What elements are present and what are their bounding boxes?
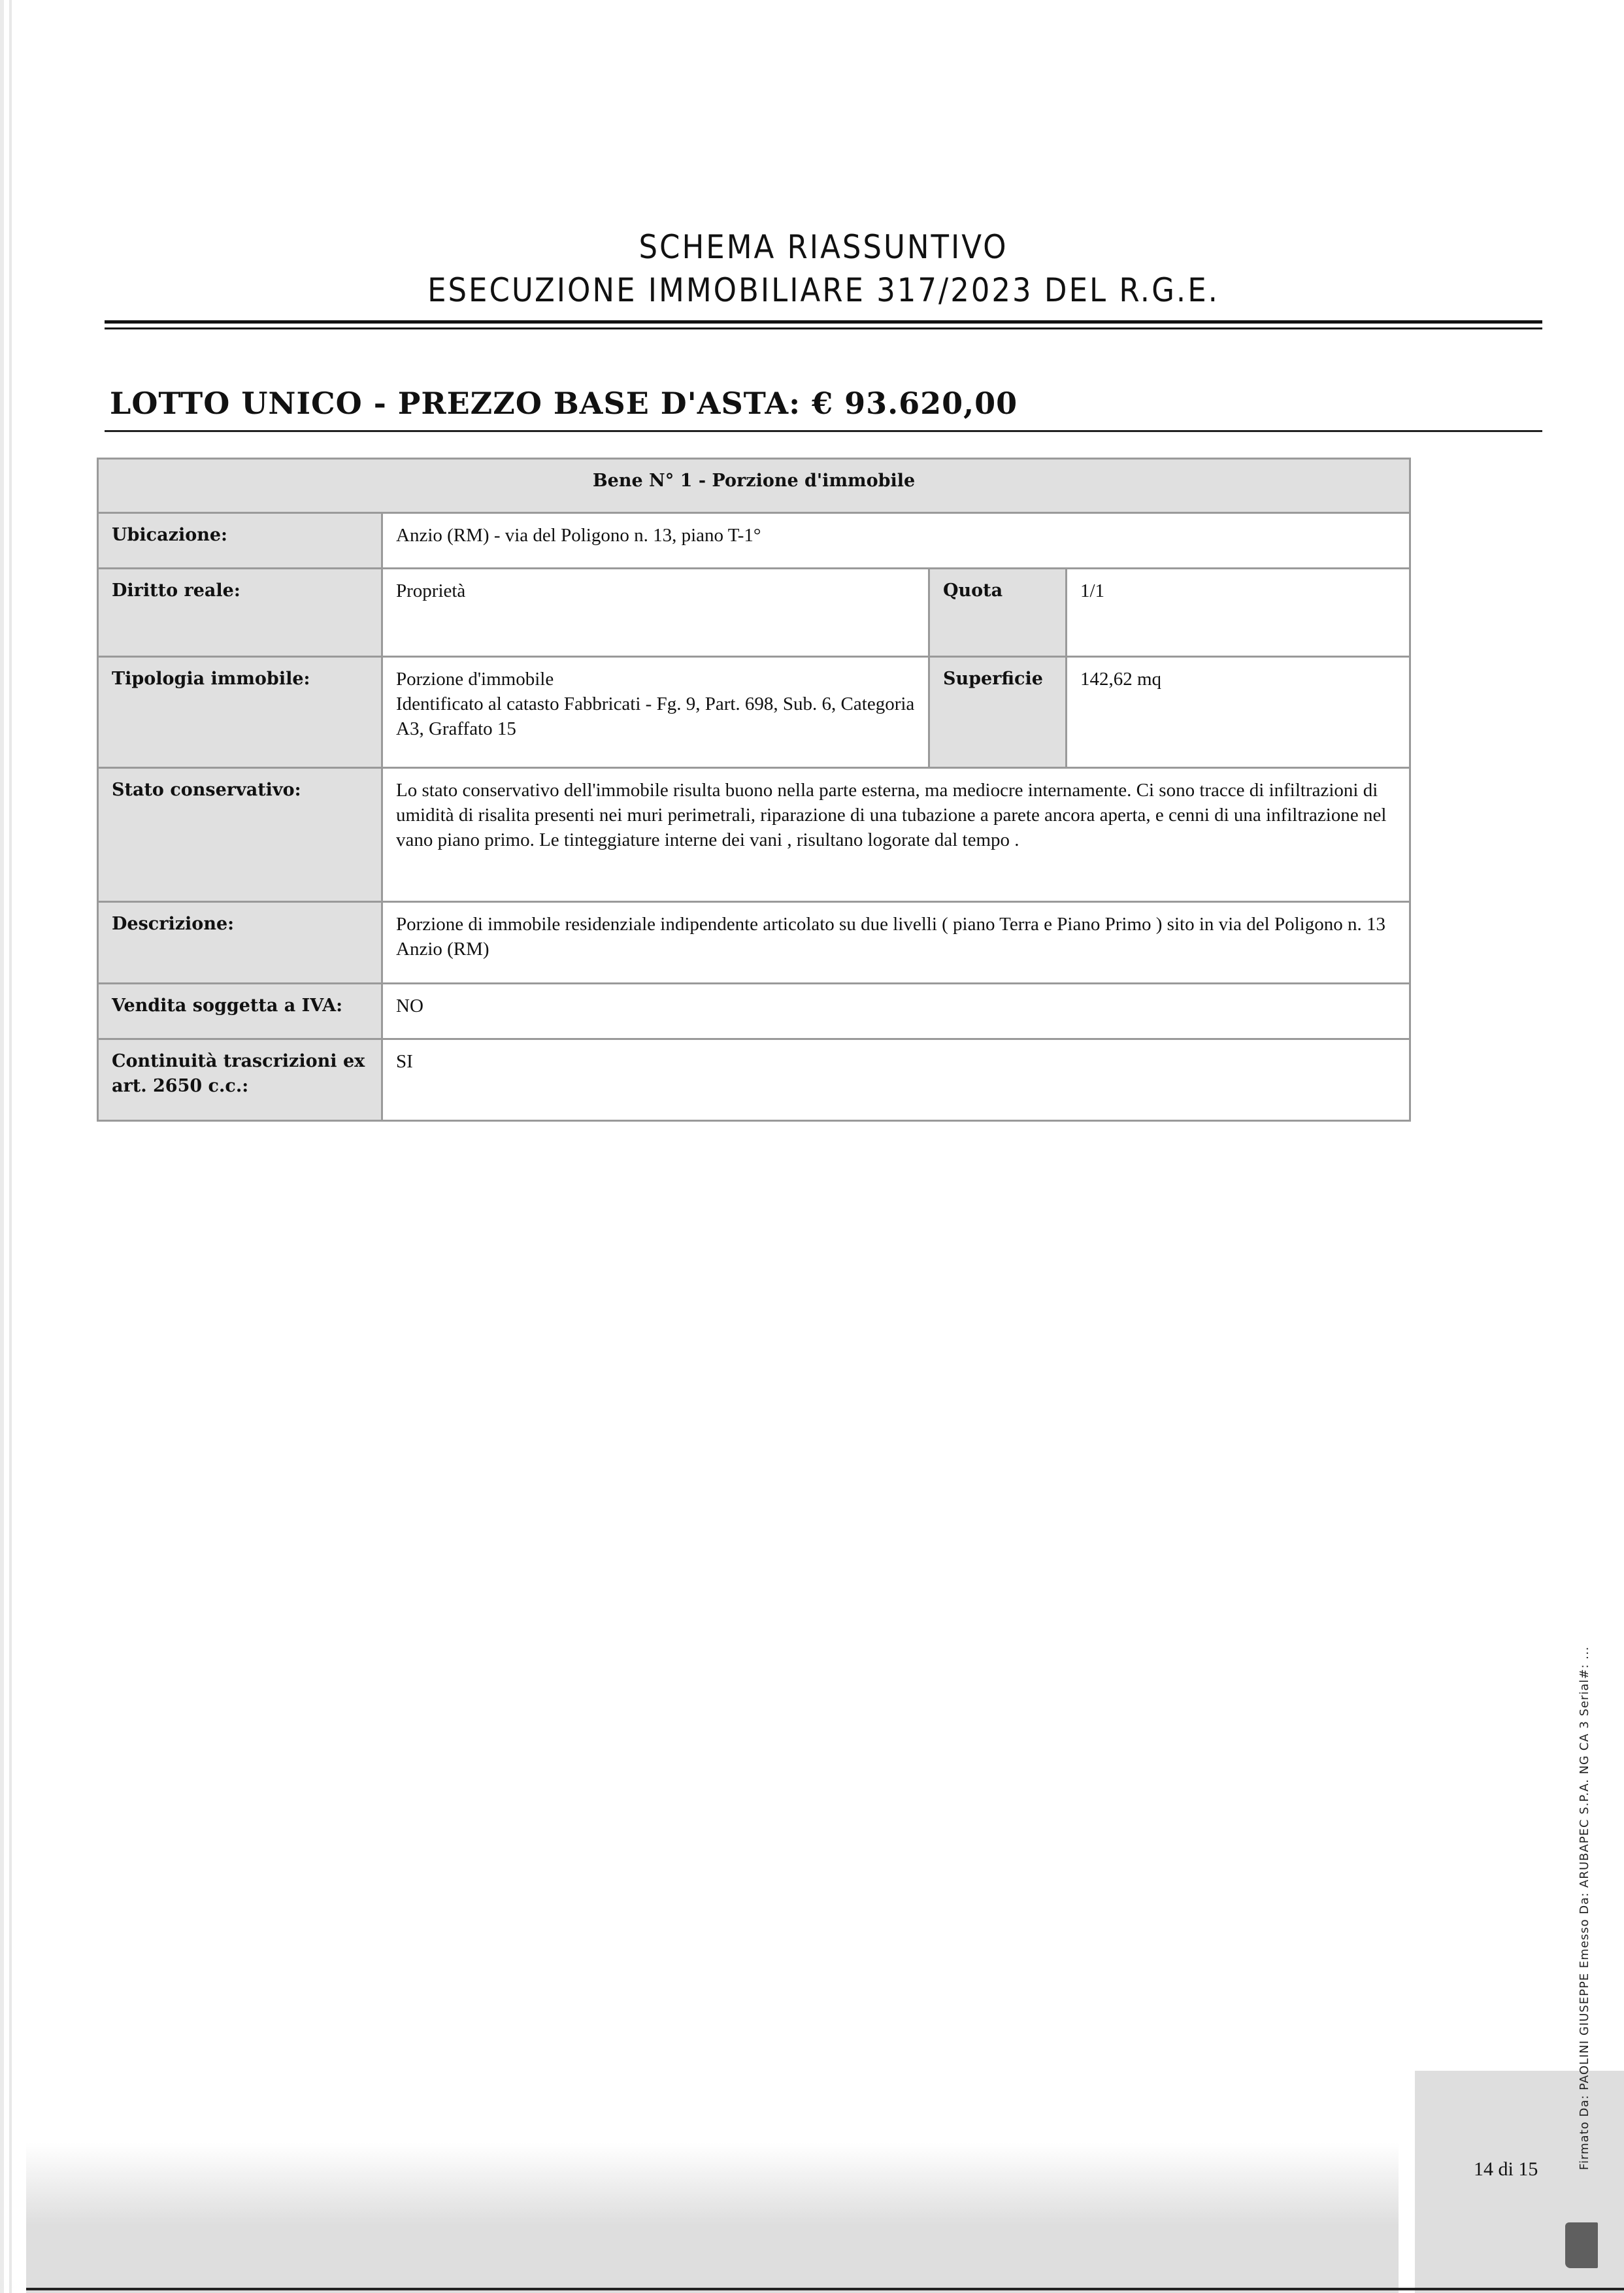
stato-conservativo-label: Stato conservativo: [98, 768, 382, 902]
superficie-label: Superficie [929, 657, 1067, 768]
table-row: Stato conservativo: Lo stato conservativ… [98, 768, 1410, 902]
descrizione-value: Porzione di immobile residenziale indipe… [382, 902, 1410, 984]
diritto-reale-value: Proprietà [382, 569, 929, 657]
summary-table: Bene N° 1 - Porzione d'immobile Ubicazio… [97, 458, 1411, 1122]
ubicazione-label: Ubicazione: [98, 513, 382, 569]
page-number: 14 di 15 [1474, 2158, 1538, 2181]
quota-label: Quota [929, 569, 1067, 657]
tipologia-line-2: Identificato al catasto Fabbricati - Fg.… [396, 692, 915, 741]
table-header-row: Bene N° 1 - Porzione d'immobile [98, 459, 1410, 513]
title-line-1: SCHEMA RIASSUNTIVO [105, 226, 1542, 269]
scan-bottom-edge [26, 2288, 1624, 2290]
iva-label: Vendita soggetta a IVA: [98, 984, 382, 1039]
scan-artifact-left-edge [0, 0, 26, 2293]
table-row: Tipologia immobile: Porzione d'immobile … [98, 657, 1410, 768]
quota-value: 1/1 [1067, 569, 1410, 657]
table-row: Ubicazione: Anzio (RM) - via del Poligon… [98, 513, 1410, 569]
descrizione-label: Descrizione: [98, 902, 382, 984]
superficie-value: 142,62 mq [1067, 657, 1410, 768]
title-line-2: ESECUZIONE IMMOBILIARE 317/2023 DEL R.G.… [105, 269, 1542, 312]
scan-artifact-bottom [26, 2143, 1399, 2293]
document-title: SCHEMA RIASSUNTIVO ESECUZIONE IMMOBILIAR… [105, 226, 1542, 312]
table-row: Descrizione: Porzione di immobile reside… [98, 902, 1410, 984]
diritto-reale-label: Diritto reale: [98, 569, 382, 657]
digital-signature-margin-text: Firmato Da: PAOLINI GIUSEPPE Emesso Da: … [1578, 1647, 1591, 2170]
tipologia-label: Tipologia immobile: [98, 657, 382, 768]
continuita-value: SI [382, 1039, 1410, 1121]
stato-conservativo-value: Lo stato conservativo dell'immobile risu… [382, 768, 1410, 902]
bene-header: Bene N° 1 - Porzione d'immobile [98, 459, 1410, 513]
scan-stamp-mark [1565, 2222, 1598, 2268]
continuita-label: Continuità trascrizioni ex art. 2650 c.c… [98, 1039, 382, 1121]
table-row: Continuità trascrizioni ex art. 2650 c.c… [98, 1039, 1410, 1121]
title-double-rule [105, 320, 1542, 329]
table-row: Diritto reale: Proprietà Quota 1/1 [98, 569, 1410, 657]
tipologia-value: Porzione d'immobile Identificato al cata… [382, 657, 929, 768]
table-row: Vendita soggetta a IVA: NO [98, 984, 1410, 1039]
iva-value: NO [382, 984, 1410, 1039]
lotto-rule [105, 430, 1542, 432]
tipologia-line-1: Porzione d'immobile [396, 667, 915, 692]
ubicazione-value: Anzio (RM) - via del Poligono n. 13, pia… [382, 513, 1410, 569]
lotto-heading: LOTTO UNICO - PREZZO BASE D'ASTA: € 93.6… [110, 386, 1018, 421]
